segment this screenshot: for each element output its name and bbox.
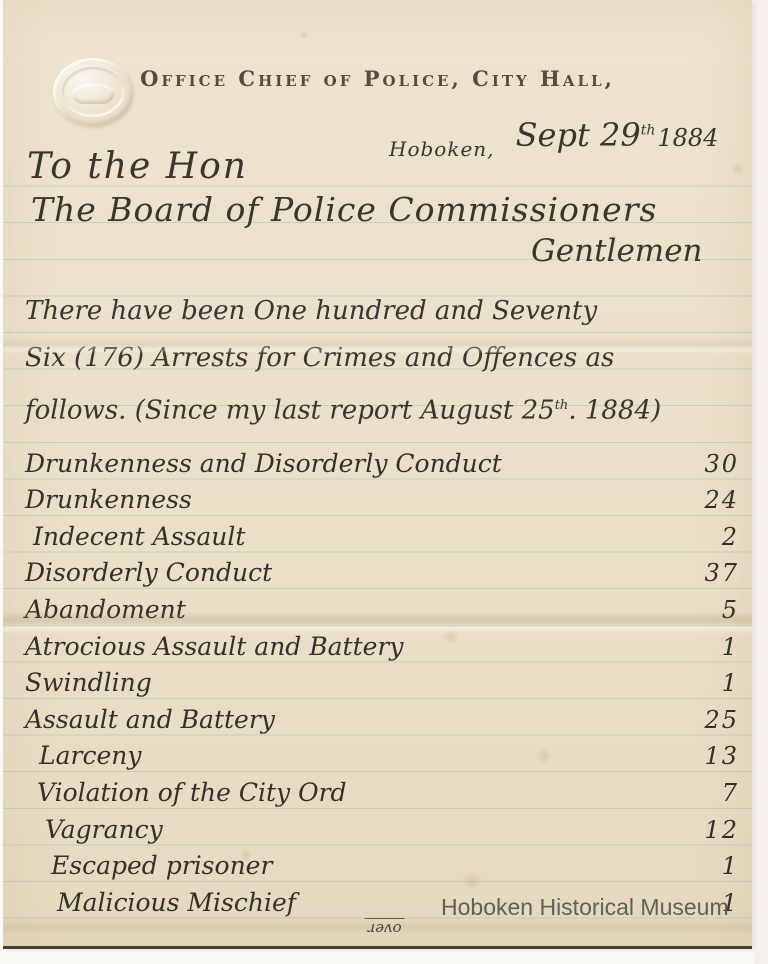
arrest-count: 5: [675, 596, 747, 627]
table-row: Drunkenness 24: [25, 481, 747, 518]
table-row: Atrocious Assault and Battery 1: [25, 627, 747, 664]
table-row: Disorderly Conduct 37: [25, 554, 747, 591]
offence-label: Assault and Battery: [25, 705, 275, 737]
body-line-pre: follows. (Since my last report August 25: [25, 396, 555, 426]
body-line: There have been One hundred and Seventy: [25, 288, 747, 335]
table-row: Larceny 13: [25, 737, 747, 774]
dateline-year: 1884: [657, 124, 718, 152]
letter-page: Office Chief of Police, City Hall, Hobok…: [3, 0, 752, 949]
body-line: follows. (Since my last report August 25…: [25, 382, 747, 435]
scanned-document: Office Chief of Police, City Hall, Hobok…: [0, 0, 768, 964]
scan-background-edge: [754, 0, 768, 964]
arrest-count: 37: [675, 559, 747, 590]
arrest-list: Drunkenness and Disorderly Conduct 30 Dr…: [25, 444, 747, 920]
dateline-date-main: Sept 29: [516, 116, 641, 154]
arrest-count: 1: [675, 633, 747, 664]
offence-label: Drunkenness: [25, 485, 192, 517]
offence-label: Disorderly Conduct: [25, 558, 272, 590]
body-line-sup: th: [555, 398, 569, 413]
offence-label: Violation of the City Ord: [25, 778, 347, 810]
salutation-to: To the Hon: [27, 146, 248, 187]
offence-label: Indecent Assault: [25, 522, 245, 554]
salutation-greeting: Gentlemen: [531, 233, 703, 269]
body-line: Six (176) Arrests for Crimes and Offence…: [25, 335, 747, 382]
table-row: Vagrancy 12: [25, 810, 747, 847]
arrest-count: 12: [675, 816, 747, 847]
offence-label: Larceny: [25, 741, 141, 773]
dateline-date: Sept 29th1884: [516, 116, 719, 154]
arrest-count: 13: [675, 742, 747, 773]
museum-watermark: Hoboken Historical Museum: [441, 894, 729, 921]
body-line-post: . 1884): [568, 396, 661, 426]
table-row: Assault and Battery 25: [25, 700, 747, 737]
arrest-count: 1: [675, 852, 747, 883]
offence-label: Escaped prisoner: [25, 851, 272, 883]
dateline: Hoboken, Sept 29th1884: [389, 116, 718, 154]
arrest-count: 24: [675, 486, 747, 517]
dateline-place: Hoboken,: [389, 137, 495, 161]
table-row: Swindling 1: [25, 664, 747, 701]
letter-body: There have been One hundred and Seventy …: [25, 288, 747, 435]
table-row: Abandoment 5: [25, 590, 747, 627]
offence-label: Drunkenness and Disorderly Conduct: [25, 449, 502, 481]
offence-label: Vagrancy: [25, 815, 163, 847]
arrest-count: 30: [675, 450, 747, 481]
offence-label: Swindling: [25, 668, 152, 700]
salutation-addressee: The Board of Police Commissioners: [31, 190, 657, 229]
table-row: Indecent Assault 2: [25, 517, 747, 554]
table-row: Escaped prisoner 1: [25, 847, 747, 884]
dateline-date-suffix: th: [641, 122, 656, 138]
arrest-count: 7: [675, 779, 747, 810]
over-note: over: [365, 918, 405, 938]
table-row: Drunkenness and Disorderly Conduct 30: [25, 444, 747, 481]
offence-label: Atrocious Assault and Battery: [25, 632, 404, 664]
offence-label: Malicious Mischief: [25, 888, 296, 920]
arrest-count: 1: [675, 669, 747, 700]
table-row: Violation of the City Ord 7: [25, 773, 747, 810]
arrest-count: 2: [675, 523, 747, 554]
offence-label: Abandoment: [25, 595, 186, 627]
arrest-count: 25: [675, 706, 747, 737]
letterhead-title: Office Chief of Police, City Hall,: [3, 66, 752, 91]
paper-stain: [299, 30, 309, 40]
